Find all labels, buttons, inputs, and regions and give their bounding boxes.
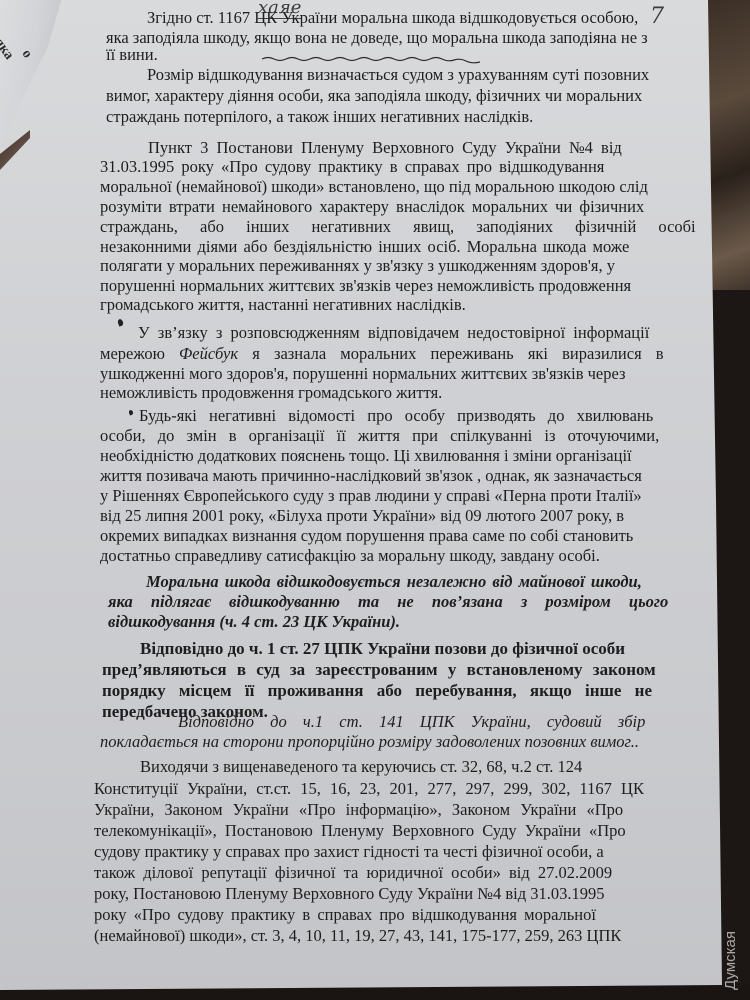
text-line: року «Про судову практику в справах про … (94, 904, 596, 926)
text-line: 31.03.1995 року «Про судову практику в с… (100, 156, 604, 178)
text-line: у Рішеннях Європейського суду з прав люд… (100, 485, 642, 507)
text-line: року, Постановою Пленуму Верховного Суду… (94, 883, 604, 905)
wavy-underline (262, 56, 480, 64)
text-line: пред’являються в суд за зареєстрованим у… (102, 659, 656, 681)
text-line: Конституції України, ст.ст. 15, 16, 23, … (94, 778, 644, 800)
text-line: (немайнової) шкоди», ст. 3, 4, 10, 11, 1… (94, 925, 621, 947)
text-line: Згідно ст. 1167 ЦК України моральна шкод… (147, 7, 694, 29)
watermark-logo: Думская (722, 931, 739, 990)
text-line: полягати у моральних переживаннях у зв'я… (100, 255, 615, 277)
text-line: покладається на сторони пропорційно розм… (100, 731, 639, 753)
text-line: окремих випадках визнання судом порушенн… (100, 525, 633, 547)
text-line: страждань, або інших негативних явищ, за… (100, 216, 696, 238)
text-line: Відповідно до ч.1 ст. 141 ЦПК України, с… (178, 711, 645, 733)
text-line-with-italic: мережою Фейсбук я зазнала моральних пере… (100, 344, 664, 363)
text-line: вимог, характеру діяння особи, яка запод… (106, 85, 642, 107)
text-line: України, Законом України «Про інформацію… (94, 799, 623, 821)
text-line: страждань потерпілого, а також інших нег… (106, 106, 533, 128)
text-line: Відповідно до ч. 1 ст. 27 ЦПК України по… (140, 638, 625, 660)
text-line: яка заподіяла шкоду, якщо вона не доведе… (106, 27, 698, 49)
text-line: її вини. (106, 44, 158, 66)
text-line: також ділової репутації фізичної та юрид… (94, 862, 612, 884)
italic-word-facebook: Фейсбук (179, 344, 238, 363)
text-line: Розмір відшкодування визначається судом … (147, 64, 649, 86)
text-line: судову практику у справах про захист гід… (94, 841, 604, 863)
text-line: громадського життя, настанні негативних … (100, 294, 466, 316)
text-line: моральної (немайнової) шкоди» встановлен… (100, 176, 648, 198)
text-line: мережою Фейсбук я зазнала моральних пере… (100, 343, 664, 365)
text-line: життя позивача мають причинно-наслідкови… (100, 465, 642, 487)
text-line: неможливість продовження громадського жи… (100, 382, 442, 404)
text-line: яка підлягає відшкодуванню та не пов’яза… (108, 591, 668, 613)
text-line: телекомунікації», Постановою Пленуму Вер… (94, 820, 626, 842)
text-line: розуміти втрати немайнового характеру вн… (100, 196, 644, 218)
text-line: від 25 липня 2001 року, «Білуха проти Ук… (100, 505, 624, 527)
text-line: порядку місцем її проживання або перебув… (102, 680, 652, 702)
text-line: Моральна шкода відшкодовується незалежно… (146, 571, 642, 593)
text-line: Виходячи з вищенаведеного та керуючись с… (140, 756, 582, 778)
text-line: Будь-які негативні відомості про особу п… (139, 405, 653, 427)
text-line: відшкодування (ч. 4 ст. 23 ЦК України). (108, 611, 400, 633)
text-line: особи, до змін в організації її життя пр… (100, 425, 659, 447)
text-line: необхідністю додаткових пояснень тощо. Ц… (100, 445, 632, 467)
text-line: достатньо справедливу сатисфакцію за мор… (100, 545, 600, 567)
text-line: У зв’язку з розповсюдженням відповідачем… (138, 322, 649, 344)
folded-text-line-2: и, яка (0, 23, 22, 71)
